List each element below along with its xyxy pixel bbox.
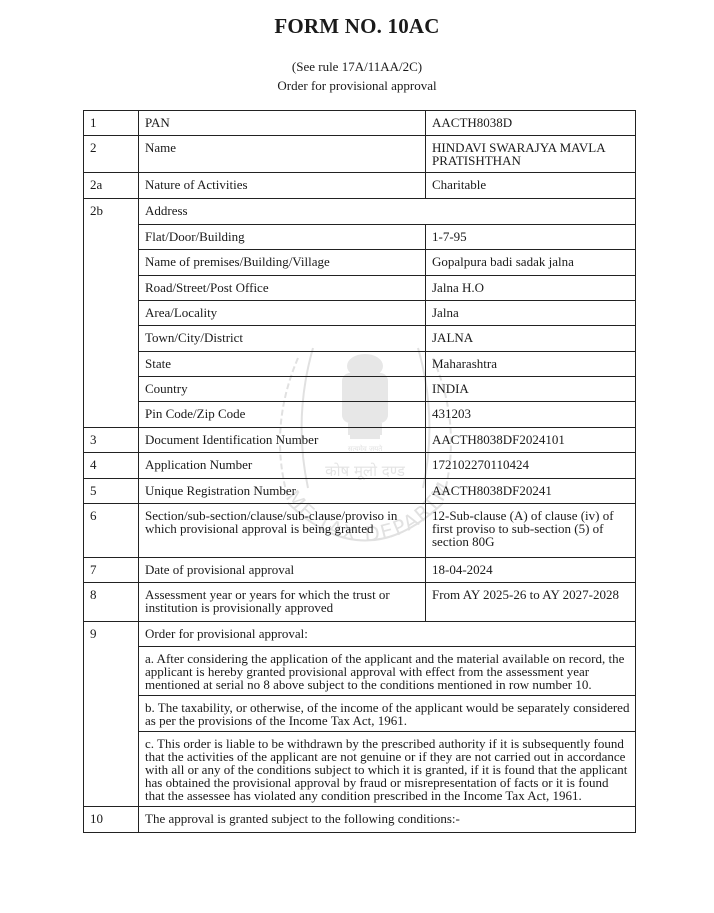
- din-value: AACTH8038DF2024101: [426, 428, 636, 453]
- address-field-label: Road/Street/Post Office: [139, 276, 426, 301]
- address-field-label: State: [139, 352, 426, 377]
- row-label: Name: [139, 136, 426, 173]
- provisional-approval-table: 1 PAN AACTH8038D 2 Name HINDAVI SWARAJYA…: [83, 110, 636, 833]
- order-paragraph-c: c. This order is liable to be withdrawn …: [139, 732, 636, 807]
- form-rule-reference: (See rule 17A/11AA/2C): [0, 59, 714, 75]
- row-order-header: 9 Order for provisional approval:: [84, 622, 636, 647]
- address-field-value: INDIA: [426, 377, 636, 402]
- row-label: Application Number: [139, 453, 426, 479]
- row-label: Date of provisional approval: [139, 558, 426, 583]
- address-field-value: Jalna: [426, 301, 636, 326]
- row-application-number: 4 Application Number 172102270110424: [84, 453, 636, 479]
- address-field-label: Name of premises/Building/Village: [139, 250, 426, 276]
- row-label: Unique Registration Number: [139, 479, 426, 504]
- order-paragraph-a: a. After considering the application of …: [139, 647, 636, 696]
- address-field-value: 431203: [426, 402, 636, 428]
- row-number: 9: [84, 622, 139, 807]
- urn-value: AACTH8038DF20241: [426, 479, 636, 504]
- address-field-row: Country INDIA: [84, 377, 636, 402]
- row-number: 10: [84, 807, 139, 833]
- order-paragraph-row: c. This order is liable to be withdrawn …: [84, 732, 636, 807]
- address-field-value: Gopalpura badi sadak jalna: [426, 250, 636, 276]
- address-field-row: Road/Street/Post Office Jalna H.O: [84, 276, 636, 301]
- row-number: 6: [84, 504, 139, 558]
- row-label: Nature of Activities: [139, 173, 426, 199]
- row-name: 2 Name HINDAVI SWARAJYA MAVLA PRATISHTHA…: [84, 136, 636, 173]
- row-number: 5: [84, 479, 139, 504]
- section-value: 12-Sub-clause (A) of clause (iv) of firs…: [426, 504, 636, 558]
- row-document-identification-number: 3 Document Identification Number AACTH80…: [84, 428, 636, 453]
- address-field-value: Jalna H.O: [426, 276, 636, 301]
- approval-date-value: 18-04-2024: [426, 558, 636, 583]
- row-conditions: 10 The approval is granted subject to th…: [84, 807, 636, 833]
- address-field-label: Area/Locality: [139, 301, 426, 326]
- order-paragraph-row: b. The taxability, or otherwise, of the …: [84, 696, 636, 732]
- address-field-value: JALNA: [426, 326, 636, 352]
- row-assessment-years: 8 Assessment year or years for which the…: [84, 583, 636, 622]
- address-field-row: Name of premises/Building/Village Gopalp…: [84, 250, 636, 276]
- address-field-row: Pin Code/Zip Code 431203: [84, 402, 636, 428]
- address-field-row: Town/City/District JALNA: [84, 326, 636, 352]
- address-field-label: Flat/Door/Building: [139, 225, 426, 250]
- address-field-label: Country: [139, 377, 426, 402]
- nature-value: Charitable: [426, 173, 636, 199]
- address-field-label: Town/City/District: [139, 326, 426, 352]
- order-paragraph-b: b. The taxability, or otherwise, of the …: [139, 696, 636, 732]
- assessment-years-value: From AY 2025-26 to AY 2027-2028: [426, 583, 636, 622]
- address-field-row: Area/Locality Jalna: [84, 301, 636, 326]
- row-number: 2: [84, 136, 139, 173]
- row-label: Document Identification Number: [139, 428, 426, 453]
- address-field-label: Pin Code/Zip Code: [139, 402, 426, 428]
- form-subtitle: Order for provisional approval: [0, 78, 714, 94]
- row-number: 1: [84, 111, 139, 136]
- address-field-row: Flat/Door/Building 1-7-95: [84, 225, 636, 250]
- row-number: 7: [84, 558, 139, 583]
- row-number: 2a: [84, 173, 139, 199]
- address-field-value: 1-7-95: [426, 225, 636, 250]
- row-address-header: 2b Address: [84, 199, 636, 225]
- row-label: Address: [139, 199, 636, 225]
- name-value: HINDAVI SWARAJYA MAVLA PRATISHTHAN: [426, 136, 636, 173]
- row-label: PAN: [139, 111, 426, 136]
- row-nature-of-activities: 2a Nature of Activities Charitable: [84, 173, 636, 199]
- pan-value: AACTH8038D: [426, 111, 636, 136]
- row-date-of-approval: 7 Date of provisional approval 18-04-202…: [84, 558, 636, 583]
- row-label: The approval is granted subject to the f…: [139, 807, 636, 833]
- row-number: 4: [84, 453, 139, 479]
- address-field-row: State Maharashtra: [84, 352, 636, 377]
- row-label: Assessment year or years for which the t…: [139, 583, 426, 622]
- form-title: FORM NO. 10AC: [0, 14, 714, 39]
- order-paragraph-row: a. After considering the application of …: [84, 647, 636, 696]
- row-label: Order for provisional approval:: [139, 622, 636, 647]
- row-number: 3: [84, 428, 139, 453]
- address-field-value: Maharashtra: [426, 352, 636, 377]
- row-section: 6 Section/sub-section/clause/sub-clause/…: [84, 504, 636, 558]
- row-number: 8: [84, 583, 139, 622]
- row-number: 2b: [84, 199, 139, 428]
- row-label: Section/sub-section/clause/sub-clause/pr…: [139, 504, 426, 558]
- row-unique-registration-number: 5 Unique Registration Number AACTH8038DF…: [84, 479, 636, 504]
- row-pan: 1 PAN AACTH8038D: [84, 111, 636, 136]
- application-number-value: 172102270110424: [426, 453, 636, 479]
